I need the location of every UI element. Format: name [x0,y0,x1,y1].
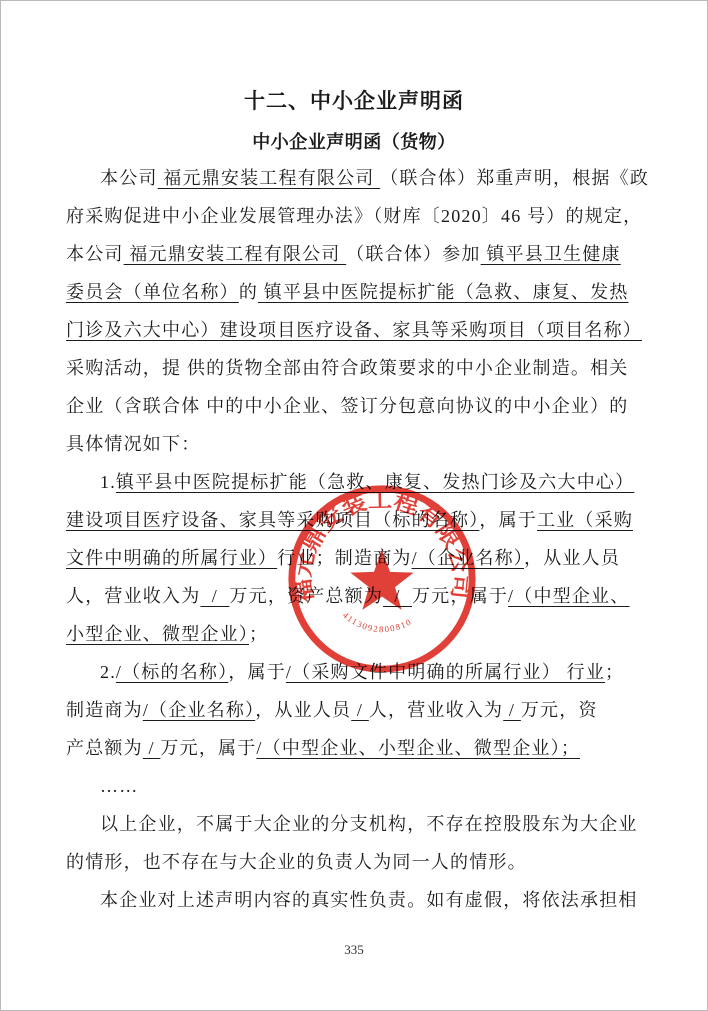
body-line: 门诊及六大中心）建设项目医疗设备、家具等采购项目（项目名称） [66,311,651,349]
text-segment: ； [249,624,268,644]
seal-serial-text: 4113092800810 [341,610,414,634]
text-segment: 以上企业，不属于大企业的分支机构，不存在控股股东为大企业 [100,814,638,834]
text-segment: 人，营业收入为 [66,586,200,606]
underlined-blank: /（标的名称） [116,662,228,682]
body-line: …… [66,767,651,805]
text-segment: 产总额为 [66,738,143,758]
page-number: 335 [1,942,707,958]
body-line: 产总额为 / 万元，属于/（中型企业、小型企业、微型企业）； [66,729,651,767]
underlined-blank: 门诊及六大中心）建设项目医疗设备、家具等采购项目（项目名称） [66,320,642,340]
underlined-blank: 委员会（单位名称） [66,282,239,302]
seal-serial-number: 4113092800810 [341,610,414,634]
text-segment: （联合体）郑重声明，根据《政 [380,168,649,188]
underlined-blank: 福元鼎安装工程有限公司 [158,168,381,188]
text-segment: 采购活动，提 供的货物全部由符合政策要求的中小企业制造。相关 [66,358,629,378]
text-segment: 的情形，也不存在与大企业的负责人为同一人的情形。 [66,852,527,872]
body-line: 本企业对上述声明内容的真实性负责。如有虚假，将依法承担相 [66,881,651,919]
text-segment: 2. [100,662,116,682]
underlined-blank: / [143,738,161,758]
text-segment: ，从业人员 [255,700,351,720]
text-segment: 本企业对上述声明内容的真实性负责。如有虚假，将依法承担相 [100,890,638,910]
underlined-blank: 文件中明确的所属行业） [66,548,277,568]
underlined-blank: /（中型企业、小型企业、微型企业）； [256,738,580,758]
text-segment: 企业（含联合体 中的中小企业、签订分包意向协议的中小企业）的 [66,396,629,416]
body-line: 具体情况如下： [66,425,651,463]
text-segment: 本公司 [66,244,124,264]
text-segment: ； [605,662,624,682]
text-segment: ，属于 [479,510,537,530]
body-line: 委员会（单位名称）的 镇平县中医院提标扩能（急救、康复、发热 [66,273,651,311]
underlined-blank: 工业（采购 [537,510,633,530]
form-title: 中小企业声明函（货物） [1,128,707,154]
body-line: 制造商为/（企业名称），从业人员 / 人，营业收入为 / 万元，资 [66,691,651,729]
seal-star-icon [350,550,413,610]
text-segment: 万元，属于 [160,738,256,758]
body-line: 本公司 福元鼎安装工程有限公司 （联合体）郑重声明，根据《政 [66,159,651,197]
document-page: 十二、中小企业声明函 中小企业声明函（货物） 本公司 福元鼎安装工程有限公司 （… [0,0,708,1011]
text-segment: 制造商为 [66,700,143,720]
underlined-blank: 福元鼎安装工程有限公司 [124,244,347,264]
text-segment: 万元，资 [521,700,598,720]
text-segment: 具体情况如下： [66,434,200,454]
underlined-blank: / [200,586,229,606]
text-segment: （联合体）参加 [346,244,480,264]
body-line: 本公司 福元鼎安装工程有限公司 （联合体）参加 镇平县卫生健康 [66,235,651,273]
text-segment: 府采购促进中小企业发展管理办法》（财库〔2020〕46 号）的规定， [66,206,642,226]
underlined-blank: /（中型企业、 [508,586,629,606]
underlined-blank: / [503,700,521,720]
body-line: 企业（含联合体 中的中小企业、签订分包意向协议的中小企业）的 [66,387,651,425]
underlined-blank: 镇平县卫生健康 [481,244,621,264]
section-title: 十二、中小企业声明函 [1,85,707,115]
body-line: 采购活动，提 供的货物全部由符合政策要求的中小企业制造。相关 [66,349,651,387]
underlined-blank: 小型企业、微型企业） [66,624,249,644]
text-segment: 人，营业收入为 [369,700,503,720]
text-segment: …… [100,776,138,796]
text-segment: ，属于 [228,662,286,682]
body-line: 的情形，也不存在与大企业的负责人为同一人的情形。 [66,843,651,881]
company-seal-stamp: 福元鼎安装工程有限公司 4113092800810 [284,481,480,677]
text-segment: 1. [100,472,116,492]
underlined-blank: 镇平县中医院提标扩能（急救、康复、发热 [258,282,629,302]
text-segment: 本公司 [100,168,158,188]
body-line: 府采购促进中小企业发展管理办法》（财库〔2020〕46 号）的规定， [66,197,651,235]
text-segment: ，从业人员 [524,548,620,568]
body-line: 以上企业，不属于大企业的分支机构，不存在控股股东为大企业 [66,805,651,843]
underlined-blank: / [351,700,369,720]
underlined-blank: /（企业名称） [143,700,255,720]
text-segment: 的 [239,282,258,302]
